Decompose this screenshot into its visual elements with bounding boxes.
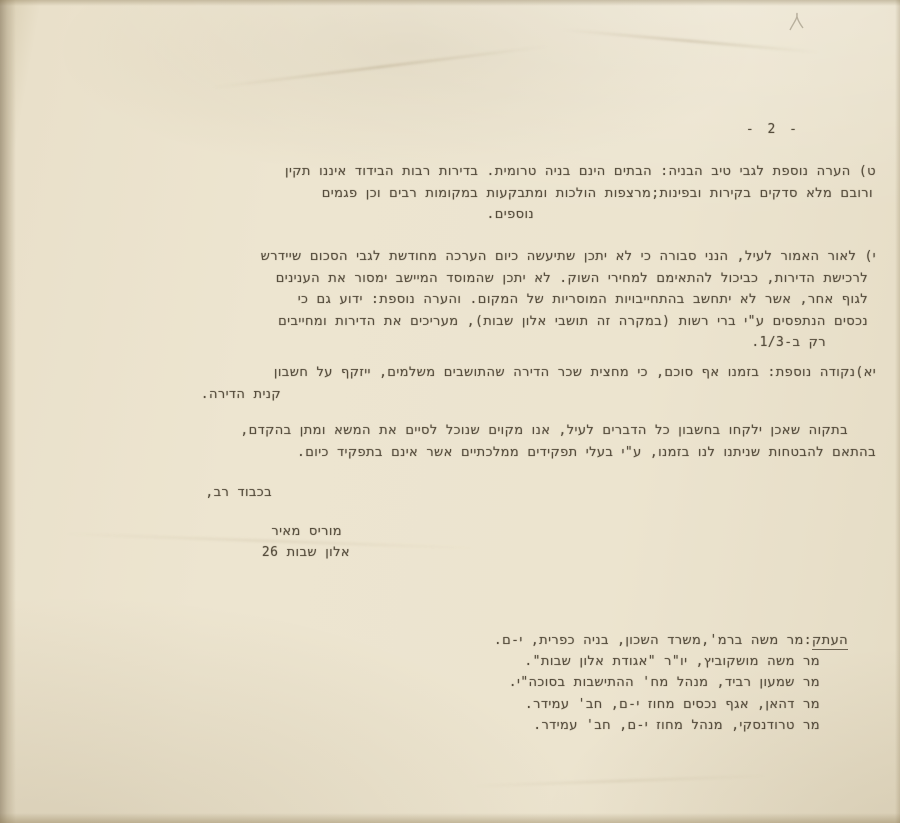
paragraph-yod-alef: יא)נקודה נוספת: בזמנו אף סוכם, כי מחצית …	[201, 362, 876, 405]
cc-line-first: העתק:מר משה ברמ',משרד השכון, בניה כפרית,…	[494, 630, 848, 651]
paper-bottom-edge-shadow	[0, 813, 900, 823]
text-line: ט) הערה נוספת לגבי טיב הבניה: הבתים הינם…	[285, 161, 876, 183]
text-line: קנית הדירה.	[201, 384, 876, 406]
cc-label: העתק	[812, 633, 848, 650]
text-line: נוספים.	[285, 204, 876, 226]
paper-crease	[211, 45, 549, 88]
text-line: יא)נקודה נוספת: בזמנו אף סוכם, כי מחצית …	[201, 362, 876, 384]
cc-line: מר שמעון רביד, מנהל מח' ההתישבות בסוכה"י…	[494, 672, 848, 693]
text-line: לגוף אחר, אשר לא יתחשב בהתחייבויות המוסר…	[261, 289, 876, 311]
text-line: ורובם מלא סדקים בקירות ובפינות;מרצפות הו…	[285, 183, 876, 205]
cc-line: מר משה מושקוביץ, יו"ר "אגודת אלון שבות".	[494, 651, 848, 672]
signature-name: מוריס מאיר	[271, 521, 342, 543]
cc-list: העתק:מר משה ברמ',משרד השכון, בניה כפרית,…	[494, 630, 848, 736]
page-number: - 2 -	[746, 119, 800, 141]
paragraph-closing: בתקוה שאכן ילקחו בחשבון כל הדברים לעיל, …	[240, 420, 876, 463]
paper-crease	[470, 775, 770, 787]
text-line: לרכישת הדירות, כביכול להתאימם למחירי השו…	[261, 268, 876, 290]
text-line: י) לאור האמור לעיל, הנני סבורה כי לא יתכ…	[261, 246, 876, 268]
cc-line: מר דהאן, אגף נכסים מחוז י-ם, חב' עמידר.	[494, 694, 848, 715]
text-line: בהתאם להבטחות שניתנו לנו בזמנו, ע"י בעלי…	[240, 442, 876, 464]
text-line: בתקוה שאכן ילקחו בחשבון כל הדברים לעיל, …	[240, 420, 876, 442]
signoff: בכבוד רב,	[205, 482, 272, 504]
paper-top-edge-shadow	[0, 0, 900, 6]
cc-line: מר טרודנסקי, מנהל מחוז י-ם, חב' עמידר.	[494, 715, 848, 736]
paragraph-yod: י) לאור האמור לעיל, הנני סבורה כי לא יתכ…	[261, 246, 876, 354]
signature-place: אלון שבות 26	[262, 542, 350, 564]
paper-left-edge-shadow	[0, 0, 16, 823]
pencil-mark	[784, 10, 808, 36]
paper-right-edge-shadow	[895, 0, 900, 823]
paper-crease	[560, 29, 819, 54]
paragraph-tet: ט) הערה נוספת לגבי טיב הבניה: הבתים הינם…	[285, 161, 876, 226]
text-line: נכסים הנתפסים ע"י ברי רשות (במקרה זה תוש…	[261, 311, 876, 333]
cc-line-first-text: :מר משה ברמ',משרד השכון, בניה כפרית, י-ם…	[494, 633, 812, 648]
text-line: רק ב-1/3.	[261, 332, 876, 354]
scanned-letter-page: - 2 - ט) הערה נוספת לגבי טיב הבניה: הבתי…	[0, 0, 900, 823]
